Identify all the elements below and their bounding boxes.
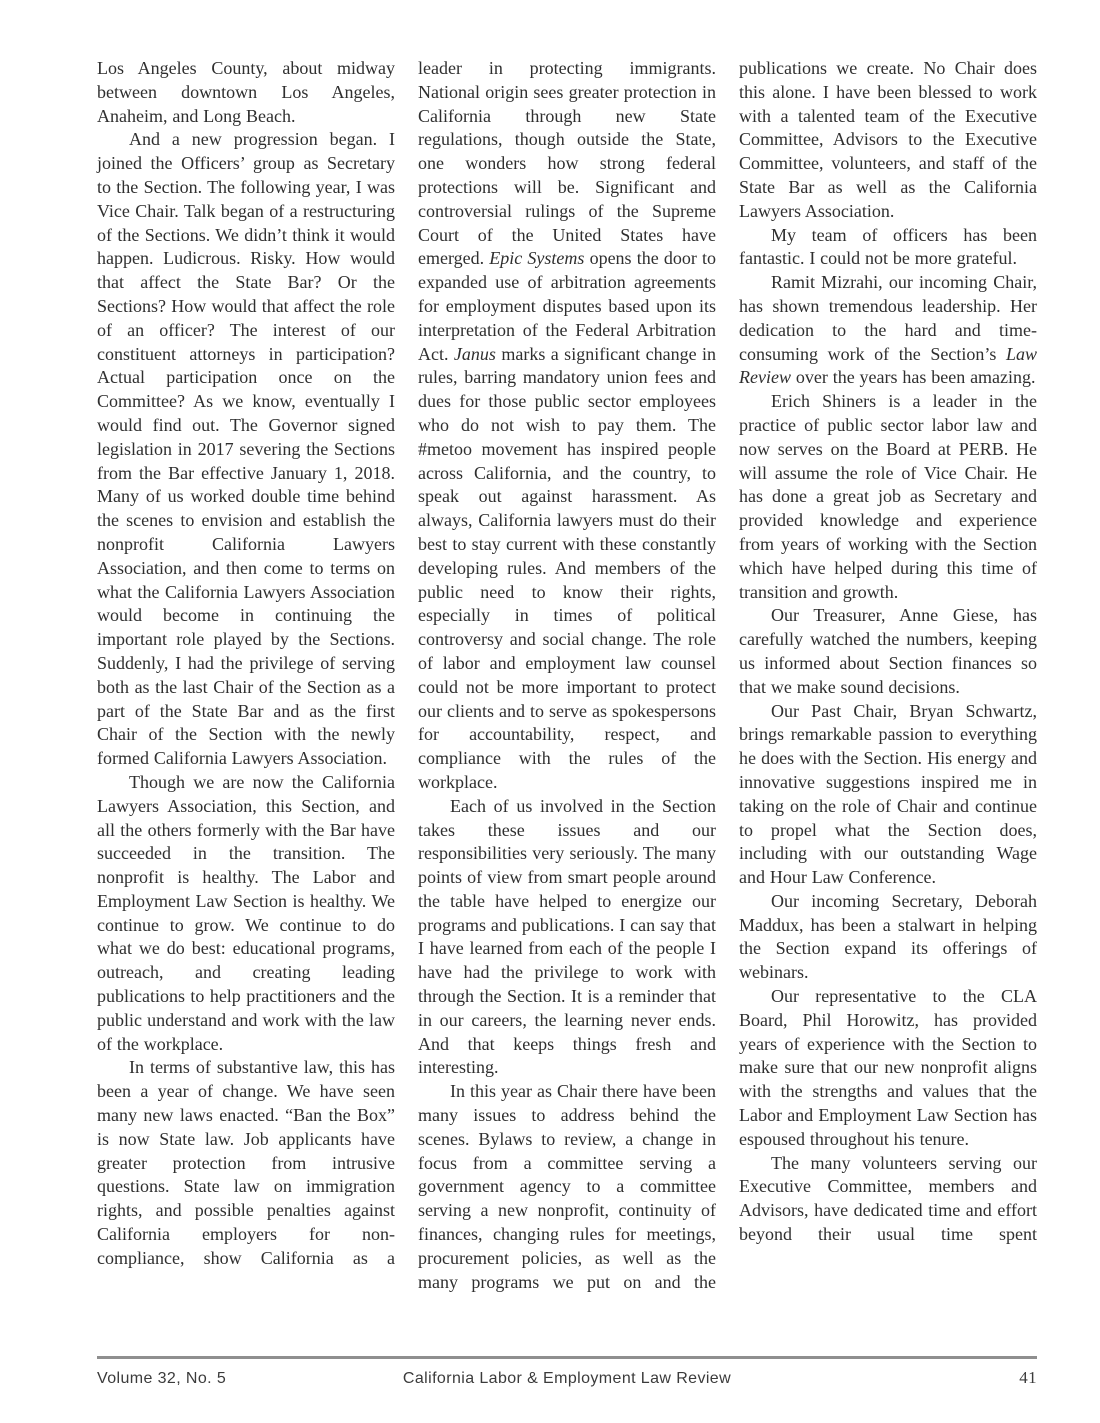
paragraph: In this year as Chair there have been ma… [418,1080,716,1294]
journal-title: California Labor & Employment Law Review [397,1370,737,1388]
paragraph-text: In this year as Chair there have been ma… [418,1081,716,1291]
paragraph-text: Our Treasurer, Anne Giese, has carefully… [739,605,1037,696]
paragraph: leader in protecting immigrants. Nationa… [418,57,716,795]
article-body: Los Angeles County, about midway between… [97,57,1037,1294]
paragraph-text: marks a significant change in rules, bar… [418,344,716,792]
column-3: publications we create. No Chair does th… [739,57,1037,1294]
paragraph: Each of us involved in the Section takes… [418,795,716,1081]
paragraph: Ramit Mizrahi, our incoming Chair, has s… [739,271,1037,390]
paragraph-text: Erich Shiners is a leader in the practic… [739,391,1037,601]
paragraph-text: Our Past Chair, Bryan Schwartz, brings r… [739,701,1037,888]
paragraph-text: leader in protecting immigrants. Nationa… [418,58,716,268]
paragraph-text: My team of officers has been fantastic. … [739,225,1037,269]
paragraph-text: Los Angeles County, about midway between… [97,58,395,126]
three-column-layout: Los Angeles County, about midway between… [97,57,1037,1294]
page-number: 41 [737,1368,1037,1388]
paragraph: My team of officers has been fantastic. … [739,224,1037,272]
volume-label: Volume 32, No. 5 [97,1370,397,1388]
paragraph: Los Angeles County, about midway between… [97,57,395,128]
case-name-italic: Janus [454,344,496,364]
paragraph-text: publications we create. No Chair does th… [739,58,1037,221]
paragraph-text: Though we are now the California Lawyers… [97,772,395,1054]
column-1: Los Angeles County, about midway between… [97,57,395,1294]
paragraph-text: Our representative to the CLA Board, Phi… [739,986,1037,1149]
paragraph: Our Past Chair, Bryan Schwartz, brings r… [739,700,1037,890]
paragraph: And a new progression began. I joined th… [97,128,395,771]
paragraph: The many volunteers serving our Executiv… [739,1152,1037,1247]
page-footer: Volume 32, No. 5 California Labor & Empl… [97,1356,1037,1388]
paragraph-text: over the years has been amazing. [791,367,1036,387]
footer-row: Volume 32, No. 5 California Labor & Empl… [97,1368,1037,1388]
footer-divider [97,1356,1037,1359]
paragraph: Erich Shiners is a leader in the practic… [739,390,1037,604]
paragraph: In terms of substantive law, this has be… [97,1056,395,1270]
paragraph: Our Treasurer, Anne Giese, has carefully… [739,604,1037,699]
paragraph: Our representative to the CLA Board, Phi… [739,985,1037,1152]
paragraph-text: And a new progression began. I joined th… [97,129,395,768]
paragraph-text: Each of us involved in the Section takes… [418,796,716,1078]
paragraph-text: Ramit Mizrahi, our incoming Chair, has s… [739,272,1037,363]
paragraph-text: In terms of substantive law, this has be… [97,1057,395,1267]
case-name-italic: Epic Systems [489,248,584,268]
paragraph-text: Our incoming Secretary, Deborah Maddux, … [739,891,1037,982]
paragraph: Though we are now the California Lawyers… [97,771,395,1057]
paragraph: publications we create. No Chair does th… [739,57,1037,224]
column-2: leader in protecting immigrants. Nationa… [418,57,716,1294]
paragraph: Our incoming Secretary, Deborah Maddux, … [739,890,1037,985]
paragraph-text: The many volunteers serving our Executiv… [739,1153,1037,1244]
